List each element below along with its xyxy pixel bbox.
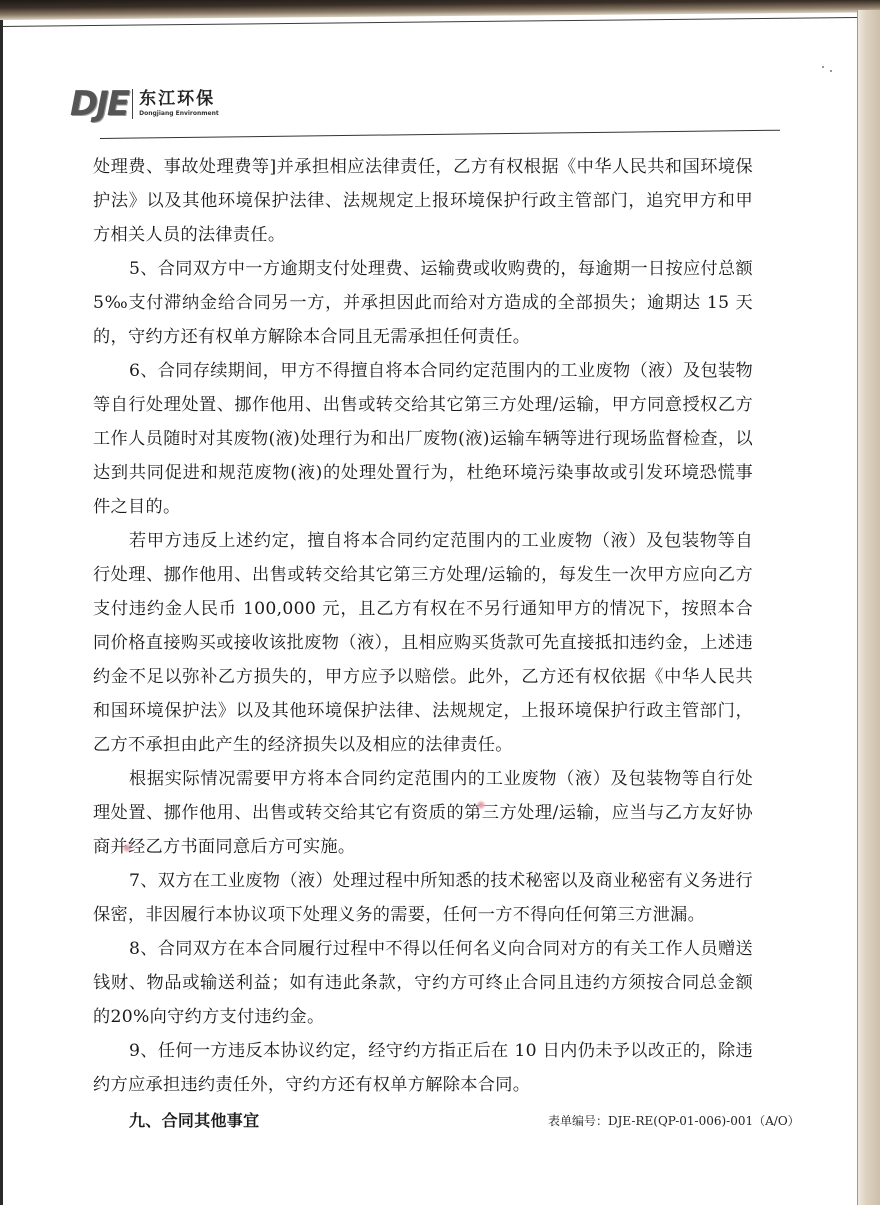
scan-edge-right	[857, 10, 880, 1205]
scan-edge-top	[0, 0, 880, 20]
company-logo: DJE 东江环保 Dongjiang Environment	[70, 78, 219, 130]
clause-6-exception: 根据实际情况需要甲方将本合同约定范围内的工业废物（液）及包装物等自行处理处置、挪…	[93, 762, 753, 864]
logo-text: 东江环保 Dongjiang Environment	[139, 91, 219, 117]
paragraph-continuation: 处理费、事故处理费等]并承担相应法律责任，乙方有权根据《中华人民共和国环境保护法…	[93, 150, 753, 252]
scan-speck	[822, 66, 824, 68]
company-name-en: Dongjiang Environment	[139, 111, 219, 117]
scan-edge-left	[0, 20, 3, 1205]
clause-9: 9、任何一方违反本协议约定，经守约方指正后在 10 日内仍未予以改正的，除违约方…	[93, 1034, 753, 1102]
clause-5: 5、合同双方中一方逾期支付处理费、运输费或收购费的，每逾期一日按应付总额5‰支付…	[93, 252, 753, 354]
header-rule	[100, 130, 780, 139]
scan-speck	[830, 70, 832, 72]
form-number: 表单编号：DJE-RE(QP-01-006)-001（A/O）	[548, 1112, 800, 1129]
clause-6-breach: 若甲方违反上述约定，擅自将本合同约定范围内的工业废物（液）及包装物等自行处理、挪…	[93, 524, 753, 762]
clause-8: 8、合同双方在本合同履行过程中不得以任何名义向合同对方的有关工作人员赠送钱财、物…	[93, 932, 753, 1034]
clause-6: 6、合同存续期间，甲方不得擅自将本合同约定范围内的工业废物（液）及包装物等自行处…	[93, 354, 753, 524]
clause-7: 7、双方在工业废物（液）处理过程中所知悉的技术秘密以及商业秘密有义务进行保密，非…	[93, 864, 753, 932]
company-name-cn: 东江环保	[139, 91, 219, 108]
logo-divider	[132, 89, 133, 119]
scan-red-mark	[476, 800, 486, 810]
document-body: 处理费、事故处理费等]并承担相应法律责任，乙方有权根据《中华人民共和国环境保护法…	[93, 150, 753, 1138]
scan-red-mark	[122, 843, 132, 853]
logo-mark-icon: DJE	[70, 84, 128, 124]
